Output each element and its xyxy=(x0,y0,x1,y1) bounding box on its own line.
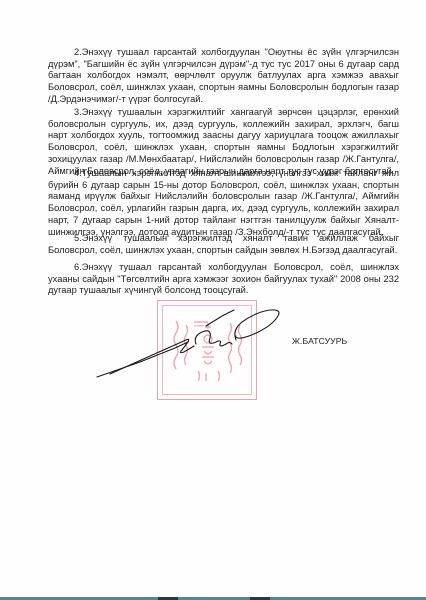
paragraph-6: 6.Энэхүү тушаал гарсантай холбогдуулан Б… xyxy=(48,262,399,297)
paragraph-2-text: 2.Энэхүү тушаал гарсантай холбогдуулан "… xyxy=(48,47,399,104)
document-page: 2.Энэхүү тушаал гарсантай холбогдуулан "… xyxy=(0,0,426,600)
paragraph-5-text: 5.Энэхүү тушаалын хэрэгжилтэд хяналт тав… xyxy=(48,233,399,255)
paragraph-4: 4.Тушаалын хэрэгжилтэд хяналт-шинжилгээ,… xyxy=(48,168,399,238)
paragraph-6-text: 6.Энэхүү тушаал гарсантай холбогдуулан Б… xyxy=(48,262,399,295)
paragraph-3-text: 3.Энэхүү тушаалын хэрэгжилтийг хангаагүй… xyxy=(48,107,399,176)
paragraph-4-text: 4.Тушаалын хэрэгжилтэд хяналт-шинжилгээ,… xyxy=(48,168,399,237)
stamp-emblem-icon xyxy=(158,301,258,401)
paragraph-5: 5.Энэхүү тушаалын хэрэгжилтэд хяналт тав… xyxy=(48,233,399,256)
paragraph-2: 2.Энэхүү тушаал гарсантай холбогдуулан "… xyxy=(48,47,399,106)
official-stamp xyxy=(157,300,257,400)
signatory-name: Ж.БАТСУУРЬ xyxy=(292,336,347,346)
paragraph-3: 3.Энэхүү тушаалын хэрэгжилтийг хангаагүй… xyxy=(48,107,399,177)
